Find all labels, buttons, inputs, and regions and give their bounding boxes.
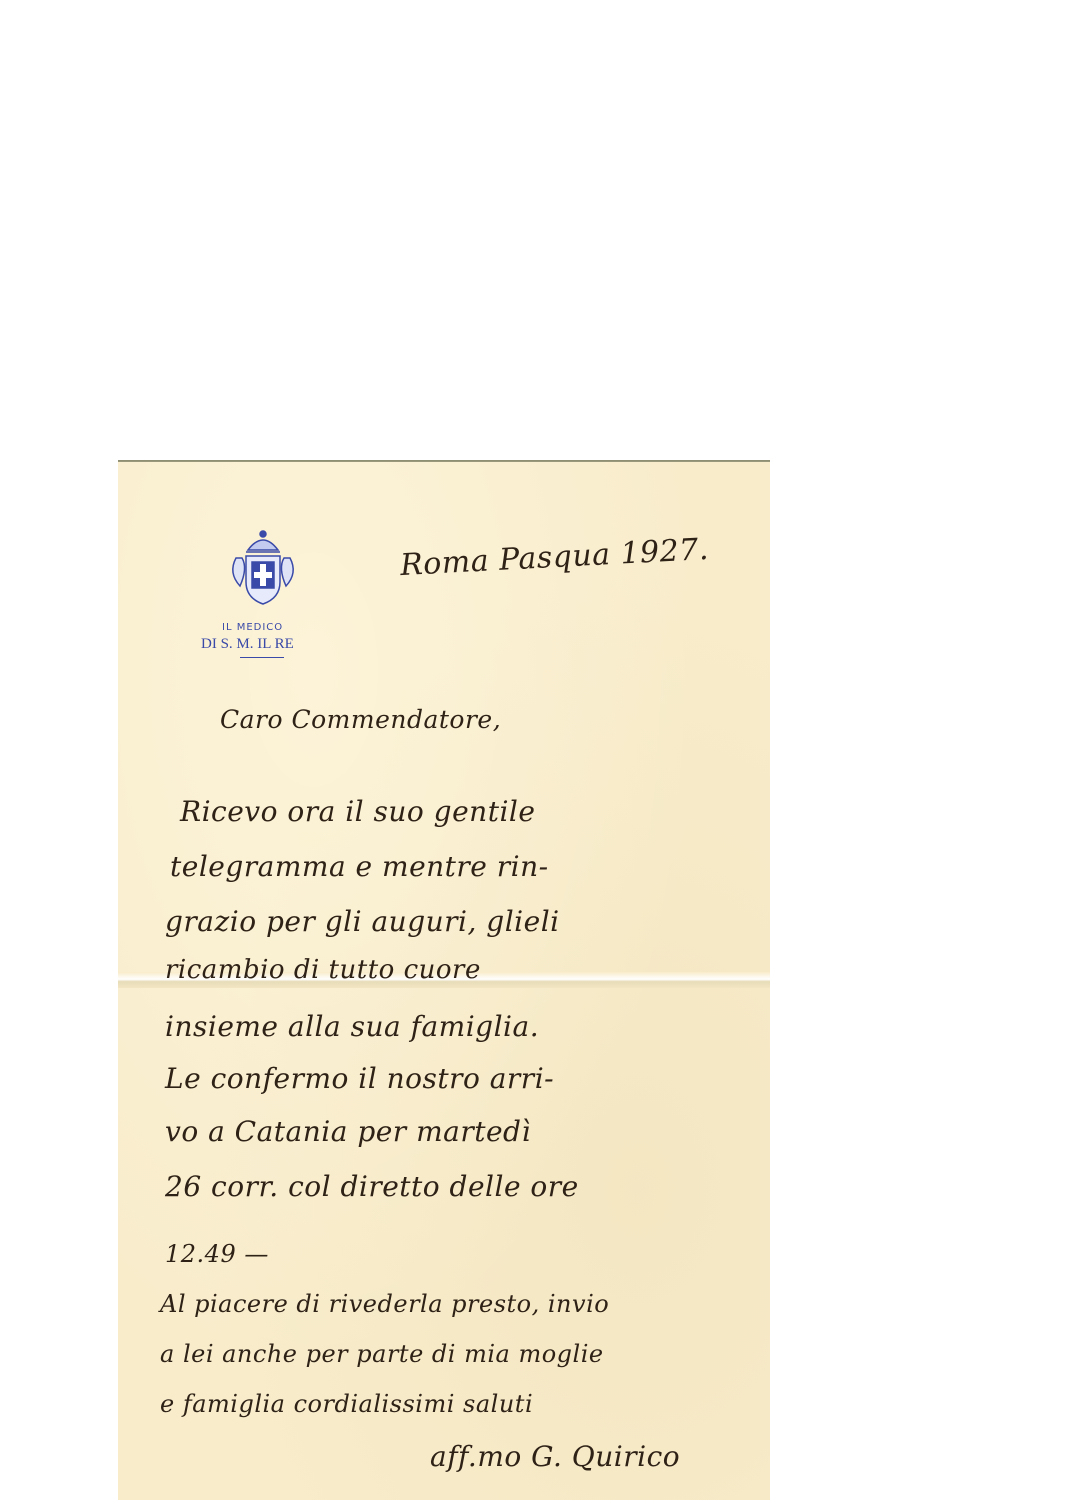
body-line-2: telegramma e mentre rin-: [170, 850, 549, 883]
body-line-8: 26 corr. col diretto delle ore: [165, 1170, 579, 1203]
body-line-3: grazio per gli auguri, glieli: [165, 905, 560, 938]
body-line-9: 12.49 —: [165, 1240, 269, 1268]
letterhead-ornament-rule: [240, 657, 284, 658]
royal-crest-savoy-icon: [218, 528, 308, 608]
body-line-10: Al piacere di rivederla presto, invio: [160, 1290, 609, 1318]
salutation: Caro Commendatore,: [220, 705, 501, 734]
body-line-11: a lei anche per parte di mia moglie: [160, 1340, 604, 1368]
body-line-4: ricambio di tutto cuore: [165, 955, 481, 985]
body-line-7: vo a Catania per martedì: [165, 1115, 531, 1148]
letterhead-subtitle: DI S. M. IL RE: [201, 636, 294, 653]
signature: aff.mo G. Quirico: [430, 1440, 680, 1473]
body-line-5: insieme alla sua famiglia.: [165, 1010, 539, 1043]
body-line-1: Ricevo ora il suo gentile: [180, 795, 535, 828]
letterhead-title: IL MEDICO: [222, 622, 283, 633]
body-line-12: e famiglia cordialissimi saluti: [160, 1390, 533, 1418]
body-line-6: Le confermo il nostro arri-: [165, 1062, 554, 1095]
